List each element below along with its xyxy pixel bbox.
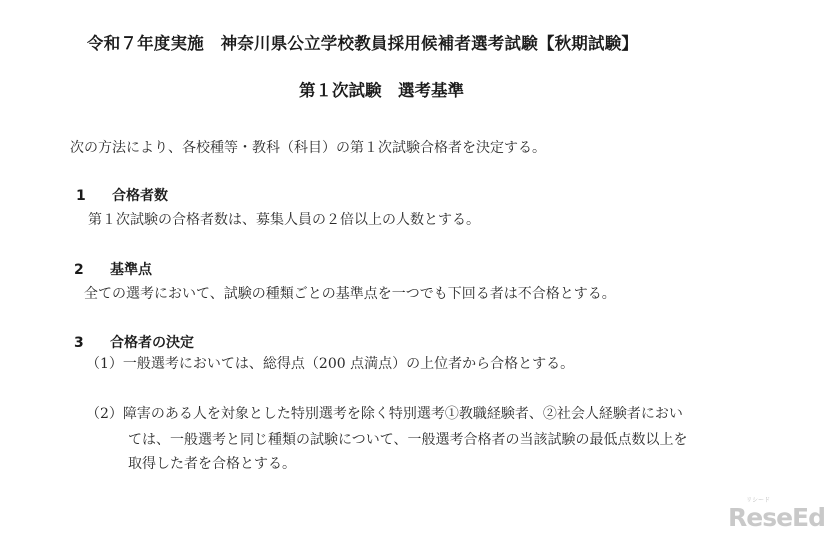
section-3-heading: 3合格者の決定	[74, 332, 194, 352]
section-2-number: 2	[74, 262, 110, 278]
section-1-body: 第１次試験の合格者数は、募集人員の２倍以上の人数とする。	[88, 209, 480, 229]
item-2-line-3: 取得した者を合格とする。	[128, 453, 296, 473]
item-1-text: 一般選考においては、総得点（200 点満点）の上位者から合格とする。	[123, 356, 574, 372]
reseed-watermark-logo: リシード ReseEd	[710, 495, 820, 535]
section-3-item-2-line-1: （2）障害のある人を対象とした特別選考を除く特別選考①教職経験者、②社会人経験者…	[86, 403, 683, 423]
section-2-title: 基準点	[110, 262, 152, 278]
section-2-heading: 2基準点	[74, 259, 152, 279]
section-1-number: 1	[76, 188, 112, 204]
document-title: 令和７年度実施 神奈川県公立学校教員採用候補者選考試験【秋期試験】	[87, 30, 638, 54]
item-2-line-1: 障害のある人を対象とした特別選考を除く特別選考①教職経験者、②社会人経験者におい	[123, 406, 683, 422]
section-3-item-1: （1）一般選考においては、総得点（200 点満点）の上位者から合格とする。	[86, 353, 574, 373]
section-3-number: 3	[74, 335, 110, 351]
document-subtitle: 第１次試験 選考基準	[299, 77, 464, 101]
section-1-title: 合格者数	[112, 188, 168, 204]
section-2-body: 全ての選考において、試験の種類ごとの基準点を一つでも下回る者は不合格とする。	[84, 283, 616, 303]
item-2-line-2: ては、一般選考と同じ種類の試験について、一般選考合格者の当該試験の最低点数以上を	[128, 429, 687, 449]
watermark-text: ReseEd	[728, 503, 825, 532]
section-1-heading: 1合格者数	[76, 185, 168, 205]
item-1-label: （1）	[86, 356, 123, 372]
intro-text: 次の方法により、各校種等・教科（科目）の第１次試験合格者を決定する。	[70, 137, 546, 157]
item-2-label: （2）	[86, 406, 123, 422]
section-3-title: 合格者の決定	[110, 335, 194, 351]
